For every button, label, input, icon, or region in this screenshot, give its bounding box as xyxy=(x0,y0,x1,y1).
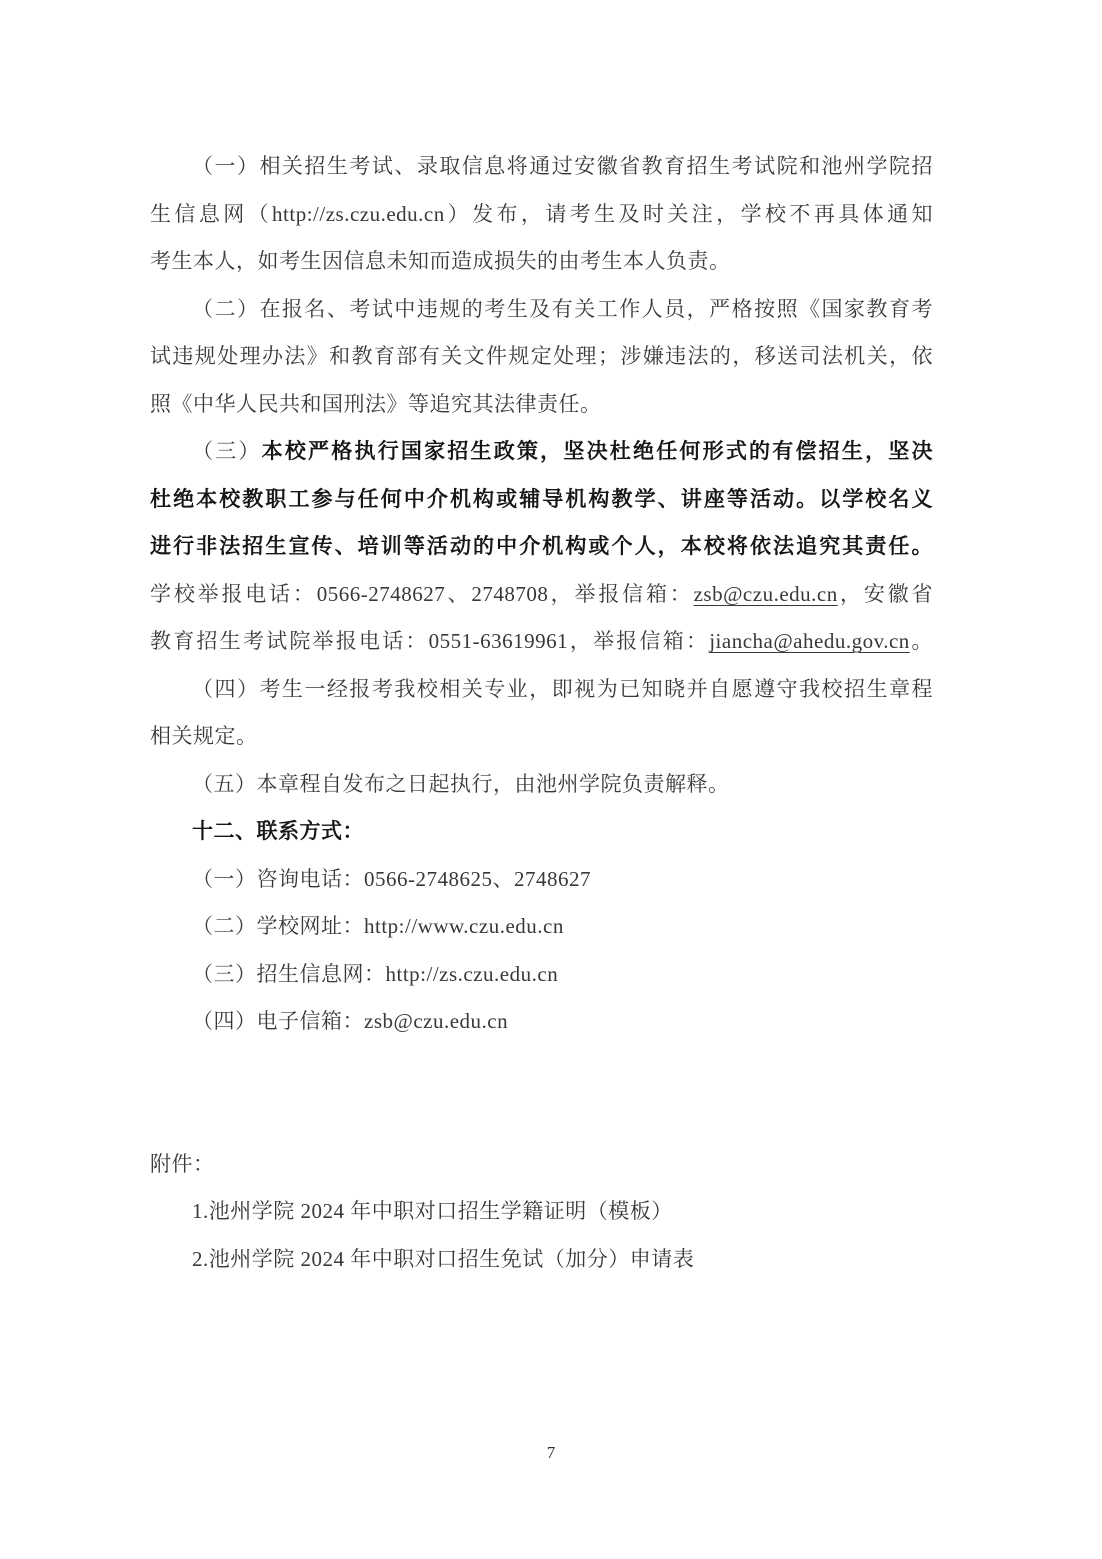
paragraph-line: 相关规定。 xyxy=(150,713,933,761)
report-contact-text: 学校举报电话：0566-2748627、2748708，举报信箱： xyxy=(150,582,694,606)
report-contact-text: 教育招生考试院举报电话：0551-63619961，举报信箱： xyxy=(150,629,709,653)
paragraph-line: 生信息网（http://zs.czu.edu.cn）发布，请考生及时关注，学校不… xyxy=(150,191,933,239)
document-body: （一）相关招生考试、录取信息将通过安徽省教育招生考试院和池州学院招 生信息网（h… xyxy=(150,143,933,1283)
contact-phone-line: （一）咨询电话：0566-2748625、2748627 xyxy=(150,856,933,904)
contact-admission-site-line: （三）招生信息网：http://zs.czu.edu.cn xyxy=(150,951,933,999)
paragraph-line: 杜绝本校教职工参与任何中介机构或辅导机构教学、讲座等活动。以学校名义 xyxy=(150,476,933,524)
paragraph-line: 考生本人，如考生因信息未知而造成损失的由考生本人负责。 xyxy=(150,238,933,286)
paragraph-line: 照《中华人民共和国刑法》等追究其法律责任。 xyxy=(150,381,933,429)
paragraph-line: （五）本章程自发布之日起执行，由池州学院负责解释。 xyxy=(150,761,933,809)
province-report-email-link[interactable]: jiancha@ahedu.gov.cn xyxy=(709,629,910,653)
bold-policy-text: 本校严格执行国家招生政策，坚决杜绝任何形式的有偿招生，坚决 xyxy=(262,439,933,463)
attachment-item: 2.池州学院 2024 年中职对口招生免试（加分）申请表 xyxy=(150,1236,933,1284)
school-report-email-link[interactable]: zsb@czu.edu.cn xyxy=(694,582,838,606)
blank-spacer xyxy=(150,1046,933,1141)
contact-website-line: （二）学校网址：http://www.czu.edu.cn xyxy=(150,903,933,951)
report-contact-text: 。 xyxy=(910,629,933,653)
paragraph-line: 教育招生考试院举报电话：0551-63619961，举报信箱：jiancha@a… xyxy=(150,618,933,666)
paragraph-line: 试违规处理办法》和教育部有关文件规定处理；涉嫌违法的，移送司法机关，依 xyxy=(150,333,933,381)
attachments-heading: 附件： xyxy=(150,1141,933,1189)
report-contact-text: ，安徽省 xyxy=(838,582,933,606)
paragraph-line: 进行非法招生宣传、培训等活动的中介机构或个人，本校将依法追究其责任。 xyxy=(150,523,933,571)
contact-email-line: （四）电子信箱：zsb@czu.edu.cn xyxy=(150,998,933,1046)
paragraph-line: （二）在报名、考试中违规的考生及有关工作人员，严格按照《国家教育考 xyxy=(150,286,933,334)
attachment-item: 1.池州学院 2024 年中职对口招生学籍证明（模板） xyxy=(150,1188,933,1236)
paragraph-line: （一）相关招生考试、录取信息将通过安徽省教育招生考试院和池州学院招 xyxy=(150,143,933,191)
paragraph-line: （四）考生一经报考我校相关专业，即视为已知晓并自愿遵守我校招生章程 xyxy=(150,666,933,714)
list-marker: （三） xyxy=(192,439,262,463)
paragraph-line: （三）本校严格执行国家招生政策，坚决杜绝任何形式的有偿招生，坚决 xyxy=(150,428,933,476)
document-page: （一）相关招生考试、录取信息将通过安徽省教育招生考试院和池州学院招 生信息网（h… xyxy=(0,0,1102,1559)
paragraph-line: 学校举报电话：0566-2748627、2748708，举报信箱：zsb@czu… xyxy=(150,571,933,619)
section-heading-contact: 十二、联系方式： xyxy=(150,808,933,856)
page-number: 7 xyxy=(0,1443,1102,1463)
